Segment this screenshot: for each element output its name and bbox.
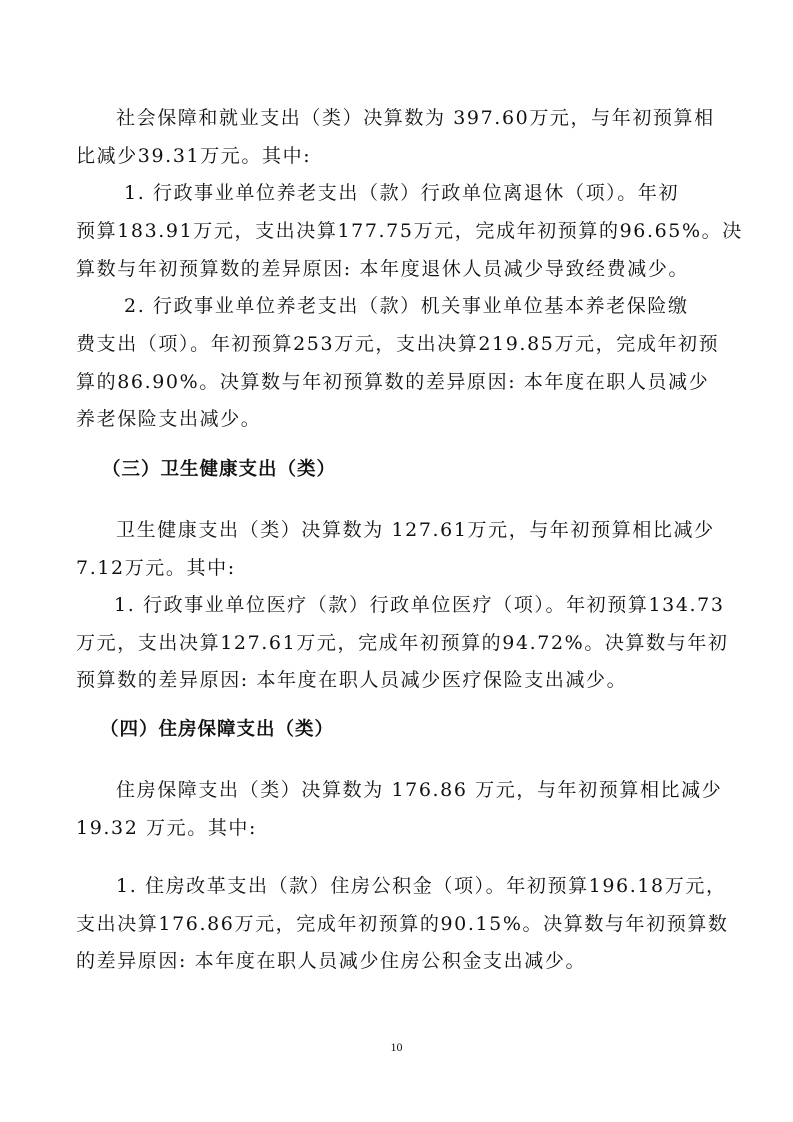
- page-number: 10: [0, 1040, 793, 1055]
- section-heading: （三）卫生健康支出（类）: [102, 458, 336, 482]
- paragraph-line: 社会保障和就业支出（类）决算数为 397.60万元，与年初预算相: [116, 106, 715, 130]
- paragraph-line: 1. 住房改革支出（款）住房公积金（项）。年初预算196.18万元，: [116, 874, 727, 898]
- paragraph-line: 1. 行政事业单位养老支出（款）行政单位离退休（项）。年初: [124, 181, 679, 205]
- paragraph-line: 预算183.91万元，支出决算177.75万元，完成年初预算的96.65%。决: [76, 219, 743, 243]
- paragraph-line: 的差异原因: 本年度在职人员减少住房公积金支出减少。: [76, 949, 586, 973]
- paragraph-line: 2. 行政事业单位养老支出（款）机关事业单位基本养老保险缴: [124, 294, 689, 318]
- paragraph-line: 支出决算176.86万元，完成年初预算的90.15%。决算数与年初预算数: [76, 912, 729, 936]
- paragraph-line: 预算数的差异原因: 本年度在职人员减少医疗保险支出减少。: [76, 668, 627, 692]
- paragraph-line: 7.12万元。其中:: [76, 556, 236, 580]
- paragraph-line: 养老保险支出减少。: [76, 407, 261, 431]
- paragraph-line: 比减少39.31万元。其中:: [76, 144, 311, 168]
- paragraph-line: 万元，支出决算127.61万元，完成年初预算的94.72%。决算数与年初: [76, 631, 729, 655]
- paragraph-line: 19.32 万元。其中:: [76, 816, 257, 840]
- paragraph-line: 算数与年初预算数的差异原因: 本年度退休人员减少导致经费减少。: [76, 257, 689, 281]
- paragraph-line: 算的86.90%。决算数与年初预算数的差异原因: 本年度在职人员减少: [76, 370, 709, 394]
- paragraph-line: 卫生健康支出（类）决算数为 127.61万元，与年初预算相比减少: [116, 518, 715, 542]
- paragraph-line: 1. 行政事业单位医疗（款）行政单位医疗（项）。年初预算134.73: [114, 593, 725, 617]
- section-heading: （四）住房保障支出（类）: [100, 718, 334, 742]
- paragraph-line: 费支出（项）。年初预算253万元，支出决算219.85万元，完成年初预: [76, 332, 719, 356]
- paragraph-line: 住房保障支出（类）决算数为 176.86 万元，与年初预算相比减少: [116, 778, 722, 802]
